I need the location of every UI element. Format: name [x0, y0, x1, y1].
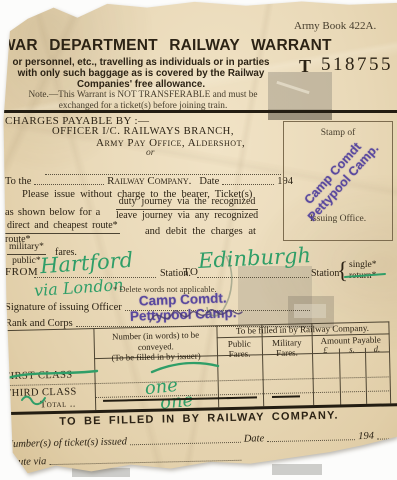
- route-via-label: Route via: [6, 456, 46, 468]
- number-header-line: Number (in words) to be conveyed.: [95, 329, 215, 353]
- pound-header: £: [312, 345, 339, 356]
- tickets-issued-label: Number(s) of ticket(s) issued: [6, 436, 127, 450]
- number-column-header: Number (in words) to be conveyed. (To be…: [95, 329, 216, 363]
- footer-year-printed: 194: [358, 431, 374, 442]
- military-fares-header: Military Fares.: [264, 337, 310, 358]
- pence-header: d.: [365, 343, 389, 354]
- footer-date-label: Date: [244, 433, 265, 444]
- tickets-issued-blank: [130, 433, 241, 446]
- first-class-label: FIRST CLASS: [4, 370, 72, 383]
- route-via-blank: [49, 451, 241, 465]
- tickets-issued-line: Number(s) of ticket(s) issued Date 194: [6, 429, 392, 450]
- shillings-header: s.: [339, 344, 365, 355]
- paper-sheet: Army Book 422A. WAR DEPARTMENT RAILWAY W…: [0, 0, 397, 480]
- route-via-line: Route via: [6, 451, 244, 468]
- third-class-label: THIRD CLASS: [5, 386, 77, 399]
- total-rule: [272, 395, 300, 398]
- footer-year-blank: [377, 429, 389, 439]
- public-fares-header: Public Fares.: [219, 338, 260, 359]
- footer-date-blank: [267, 430, 355, 442]
- number-header-line: (To be filled in by issuer): [96, 350, 216, 363]
- scanned-railway-warrant: Army Book 422A. WAR DEPARTMENT RAILWAY W…: [0, 0, 397, 480]
- lower-block: Number (in words) to be conveyed. (To be…: [0, 0, 397, 480]
- total-rule: [227, 396, 257, 399]
- total-label: Total ..: [40, 399, 76, 411]
